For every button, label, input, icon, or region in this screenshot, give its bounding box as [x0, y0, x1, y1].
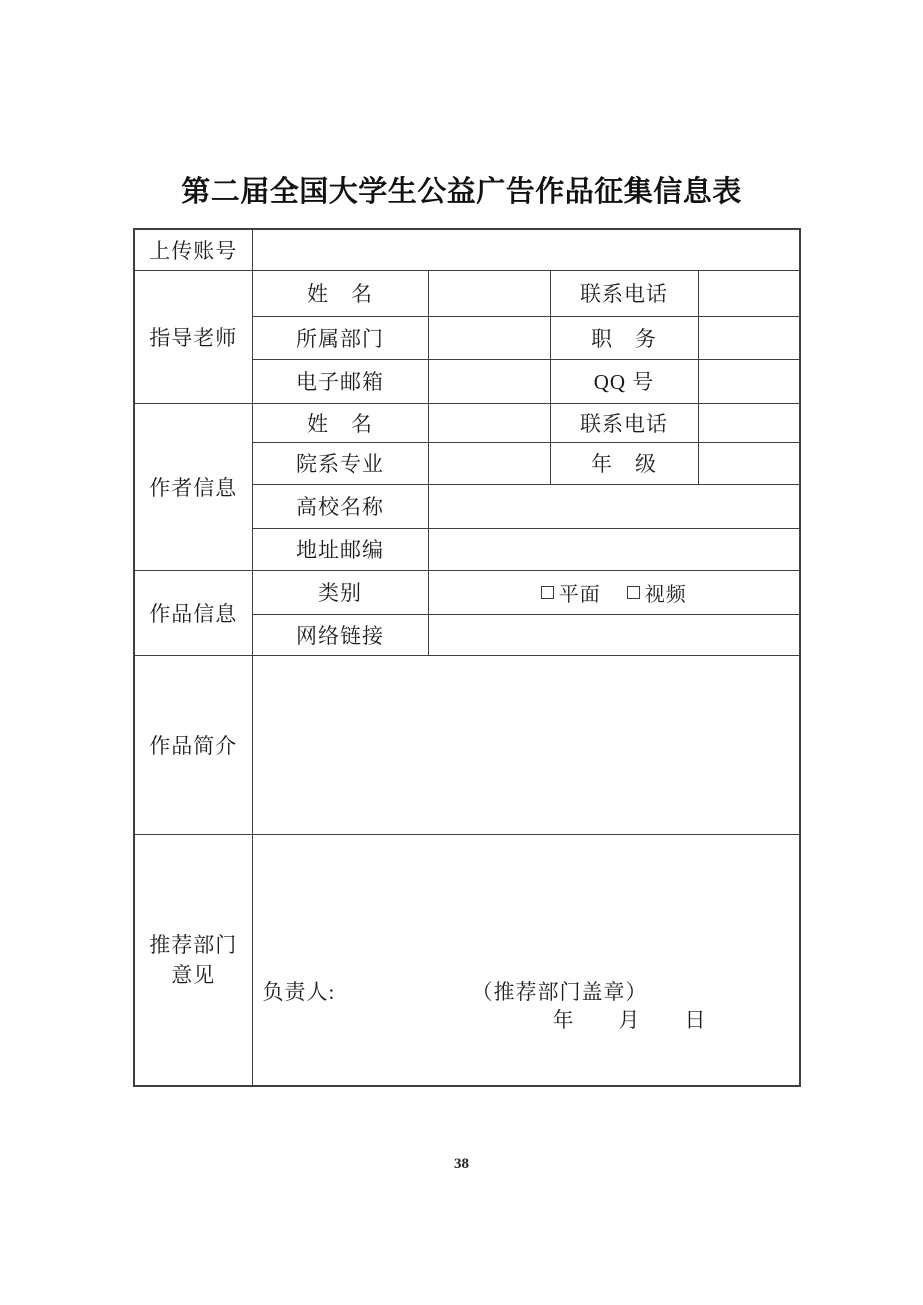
table-row: 上传账号	[134, 229, 800, 270]
work-section-label: 作品信息	[134, 570, 252, 655]
checkbox-option-print[interactable]: 平面	[541, 578, 601, 607]
author-address-label: 地址邮编	[252, 528, 428, 570]
instructor-department-value-cell[interactable]	[428, 316, 550, 359]
work-link-label: 网络链接	[252, 614, 428, 655]
table-row: 作品简介	[134, 655, 800, 834]
table-row: 作品信息 类别 平面 视频	[134, 570, 800, 614]
author-address-value-cell[interactable]	[428, 528, 800, 570]
author-major-value-cell[interactable]	[428, 442, 550, 484]
work-intro-label: 作品简介	[134, 655, 252, 834]
author-name-label: 姓 名	[252, 403, 428, 442]
author-university-label: 高校名称	[252, 484, 428, 528]
instructor-name-label: 姓 名	[252, 270, 428, 316]
author-phone-label: 联系电话	[550, 403, 698, 442]
upload-account-value-cell[interactable]	[252, 229, 800, 270]
instructor-department-label: 所属部门	[252, 316, 428, 359]
table-row: 推荐部门 意见 负责人: （推荐部门盖章） 年 月 日	[134, 834, 800, 1086]
instructor-section-label: 指导老师	[134, 270, 252, 403]
document-page: 第二届全国大学生公益广告作品征集信息表 上传账号 指导老师 姓 名 联系电话 所…	[0, 0, 923, 1305]
table-row: 指导老师 姓 名 联系电话	[134, 270, 800, 316]
upload-account-label: 上传账号	[134, 229, 252, 270]
author-major-label: 院系专业	[252, 442, 428, 484]
date-label: 年 月 日	[553, 1004, 707, 1034]
instructor-phone-value-cell[interactable]	[698, 270, 800, 316]
page-number: 38	[0, 1156, 923, 1173]
checkbox-option-label: 视频	[645, 578, 687, 607]
author-phone-value-cell[interactable]	[698, 403, 800, 442]
work-intro-value-cell[interactable]	[252, 655, 800, 834]
instructor-qq-label: QQ 号	[550, 359, 698, 403]
category-options: 平面 视频	[429, 578, 800, 607]
author-grade-value-cell[interactable]	[698, 442, 800, 484]
work-category-value-cell: 平面 视频	[428, 570, 800, 614]
table-row: 作者信息 姓 名 联系电话	[134, 403, 800, 442]
instructor-qq-value-cell[interactable]	[698, 359, 800, 403]
manager-label: 负责人:	[263, 976, 336, 1006]
author-name-value-cell[interactable]	[428, 403, 550, 442]
page-title: 第二届全国大学生公益广告作品征集信息表	[0, 169, 923, 210]
checkbox-icon	[627, 586, 640, 599]
checkbox-icon	[541, 586, 554, 599]
form-table: 上传账号 指导老师 姓 名 联系电话 所属部门 职 务 电子邮箱 QQ 号 作者…	[133, 228, 801, 1087]
recommendation-value-cell[interactable]: 负责人: （推荐部门盖章） 年 月 日	[252, 834, 800, 1086]
instructor-phone-label: 联系电话	[550, 270, 698, 316]
instructor-email-label: 电子邮箱	[252, 359, 428, 403]
author-university-value-cell[interactable]	[428, 484, 800, 528]
instructor-position-value-cell[interactable]	[698, 316, 800, 359]
recommendation-label-line1: 推荐部门	[135, 930, 252, 960]
checkbox-option-label: 平面	[559, 578, 601, 607]
author-grade-label: 年 级	[550, 442, 698, 484]
work-link-value-cell[interactable]	[428, 614, 800, 655]
department-seal-label: （推荐部门盖章）	[472, 976, 648, 1006]
author-section-label: 作者信息	[134, 403, 252, 570]
instructor-email-value-cell[interactable]	[428, 359, 550, 403]
work-category-label: 类别	[252, 570, 428, 614]
instructor-position-label: 职 务	[550, 316, 698, 359]
checkbox-option-video[interactable]: 视频	[627, 578, 687, 607]
recommendation-label-line2: 意见	[135, 960, 252, 990]
instructor-name-value-cell[interactable]	[428, 270, 550, 316]
recommendation-section-label: 推荐部门 意见	[134, 834, 252, 1086]
